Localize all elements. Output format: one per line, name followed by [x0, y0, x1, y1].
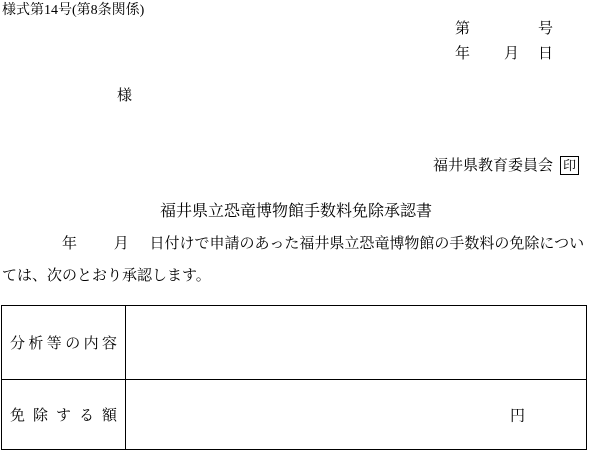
document-title: 福井県立恐竜博物館手数料免除承認書: [0, 203, 592, 221]
date-month-label: 月: [504, 46, 519, 63]
doc-number-prefix: 第: [455, 21, 470, 38]
body-line-1: 年 月 日付けで申請のあった福井県立恐竜博物館の手数料の免除につい: [62, 236, 584, 253]
analysis-label: 分析等の内容: [2, 332, 125, 353]
date-year-label: 年: [455, 46, 470, 63]
issuer-name: 福井県教育委員会: [433, 158, 553, 175]
body-line-2: ては、次のとおり承認します。: [2, 268, 211, 285]
currency-unit: 円: [510, 404, 525, 425]
form-number: 様式第14号(第8条関係): [2, 3, 144, 19]
date-day-label: 日: [538, 46, 553, 63]
exemption-value-cell: 円: [126, 380, 586, 449]
body-month-label: 月: [114, 236, 129, 253]
analysis-value-cell: [126, 306, 586, 379]
document-page: 様式第14号(第8条関係) 第 号 年 月 日 様 福井県教育委員会 印 福井県…: [0, 0, 592, 454]
exemption-label-cell: 免除する額: [2, 380, 126, 449]
fee-table: 分析等の内容 免除する額 円: [1, 305, 587, 450]
addressee-honorific: 様: [117, 88, 132, 105]
seal-mark: 印: [560, 156, 579, 175]
doc-number-suffix: 号: [538, 21, 553, 38]
exemption-label: 免除する額: [2, 404, 125, 425]
table-row-analysis: 分析等の内容: [2, 306, 586, 380]
body-line1-text: 日付けで申請のあった福井県立恐竜博物館の手数料の免除につい: [150, 236, 585, 252]
table-row-exemption: 免除する額 円: [2, 380, 586, 449]
analysis-label-cell: 分析等の内容: [2, 306, 126, 379]
body-year-label: 年: [62, 236, 77, 253]
